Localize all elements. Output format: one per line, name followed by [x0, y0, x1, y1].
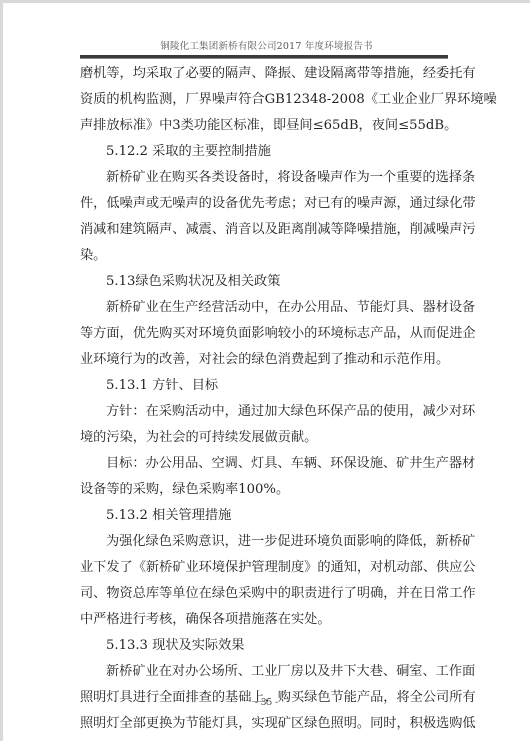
text-line: 消减和建筑隔声、减震、消音以及距离削减等降噪措施，削减噪声污 [80, 217, 450, 243]
text-line: 为强化绿色采购意识，进一步促进环境负面影响的降低，新桥矿 [80, 529, 450, 555]
section-heading-5-13-2: 5.13.2 相关管理措施 [80, 503, 450, 529]
page-number: - 35 - [3, 698, 530, 708]
text-line: 资质的机构监测，厂界噪声符合GB12348-2008《工业企业厂界环境噪 [80, 87, 450, 113]
text-line: 声排放标准》中3类功能区标准，即昼间≤65dB，夜间≤55dB。 [80, 113, 450, 139]
text-line: 业环境行为的改善，对社会的绿色消费起到了推动和示范作用。 [80, 347, 450, 373]
text-line: 司、物资总库等单位在绿色采购中的职责进行了明确，并在日常工作 [80, 581, 450, 607]
text-line: 设备等的采购，绿色采购率100%。 [80, 477, 450, 503]
section-heading-5-12-2: 5.12.2 采取的主要控制措施 [80, 139, 450, 165]
text-line: 等方面，优先购买对环境负面影响较小的环境标志产品，从而促进企 [80, 321, 450, 347]
text-line: 境的污染，为社会的可持续发展做贡献。 [80, 425, 450, 451]
body-text: 磨机等，均采取了必要的隔声、降振、建设隔离带等措施，经委托有 资质的机构监测，厂… [80, 61, 450, 737]
text-line: 件，低噪声或无噪声的设备优先考虑；对已有的噪声源，通过绿化带 [80, 191, 450, 217]
text-line: 目标：办公用品、空调、灯具、车辆、环保设施、矿井生产器材 [80, 451, 450, 477]
document-page: 铜陵化工集团新桥有限公司2017 年度环境报告书 磨机等，均采取了必要的隔声、降… [3, 3, 530, 741]
section-heading-5-13-3: 5.13.3 现状及实际效果 [80, 633, 450, 659]
text-line: 中严格进行考核，确保各项措施落在实处。 [80, 607, 450, 633]
running-header: 铜陵化工集团新桥有限公司2017 年度环境报告书 [3, 38, 530, 52]
text-line: 染。 [80, 243, 450, 269]
text-line: 磨机等，均采取了必要的隔声、降振、建设隔离带等措施，经委托有 [80, 61, 450, 87]
section-heading-5-13-1: 5.13.1 方针、目标 [80, 373, 450, 399]
header-divider [80, 55, 448, 59]
text-line: 新桥矿业在对办公场所、工业厂房以及井下大巷、硐室、工作面 [80, 659, 450, 685]
section-heading-5-13: 5.13绿色采购状况及相关政策 [80, 269, 450, 295]
text-line: 业下发了《新桥矿业环境保护管理制度》的通知，对机动部、供应公 [80, 555, 450, 581]
text-line: 新桥矿业在生产经营活动中，在办公用品、节能灯具、器材设备 [80, 295, 450, 321]
text-line: 照明灯全部更换为节能灯具，实现矿区绿色照明。同时，积极选购低 [80, 711, 450, 737]
text-line: 新桥矿业在购买各类设备时，将设备噪声作为一个重要的选择条 [80, 165, 450, 191]
text-line: 方针：在采购活动中，通过加大绿色环保产品的使用，减少对环 [80, 399, 450, 425]
